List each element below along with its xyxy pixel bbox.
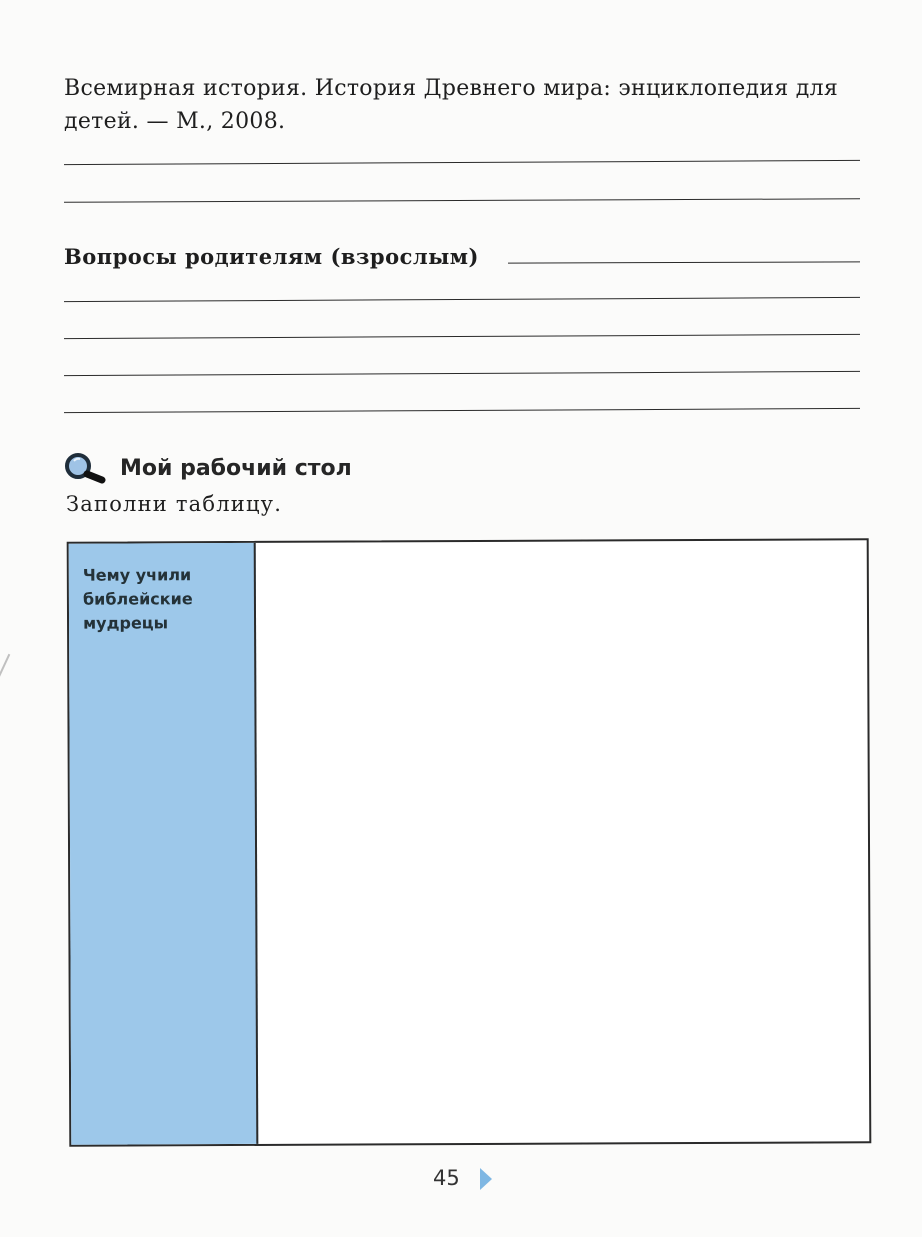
- section-title: Мой рабочий стол: [120, 456, 352, 481]
- writing-line[interactable]: [64, 198, 860, 202]
- writing-line[interactable]: [64, 297, 860, 302]
- table-answer-cell[interactable]: [256, 540, 870, 1144]
- worksheet-table: Чему учили библейские мудрецы: [67, 538, 872, 1146]
- task-instruction: Заполни таблицу.: [66, 492, 282, 516]
- scan-mark: [0, 654, 19, 684]
- magnifier-icon: [64, 452, 114, 484]
- writing-line[interactable]: [64, 408, 860, 413]
- section-header: Мой рабочий стол: [64, 450, 352, 486]
- table-header-cell: Чему учили библейские мудрецы: [69, 543, 259, 1145]
- writing-line[interactable]: [64, 371, 860, 376]
- writing-line[interactable]: [64, 334, 860, 339]
- page-number: 45: [433, 1166, 460, 1190]
- triangle-right-icon: [480, 1168, 492, 1190]
- writing-line[interactable]: [64, 160, 860, 165]
- parents-questions-label: Вопросы родителям (взрослым): [64, 244, 479, 269]
- bibliography-reference: Всемирная история. История Древнего мира…: [64, 72, 864, 138]
- writing-line[interactable]: [508, 261, 860, 263]
